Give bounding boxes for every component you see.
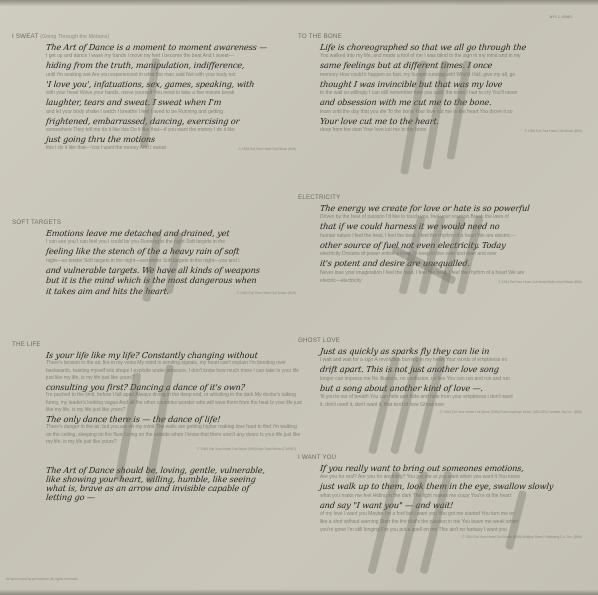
handwritten-line: just walk up to them, look them in the e… [319, 481, 588, 491]
copyright: © 1984 Eat Your Heart Out Music (BMI)/Ga… [320, 410, 588, 414]
song-to-the-bone: TO THE BONE Life is choreographed so tha… [298, 33, 588, 135]
printed-line: this I do it like that—'cos I want the m… [46, 144, 166, 153]
handwritten-line: hiding from the truth, manipulation, ind… [45, 60, 302, 70]
handwritten-line: that if we could harness it we would nee… [319, 221, 588, 231]
song-title: THE LIFE [12, 341, 302, 348]
printed-stanza: There's tension in the air, fire in my v… [46, 360, 302, 382]
handwritten-line: Is your life like my life? Constantly ch… [45, 350, 302, 360]
handwritten-line: The Art of Dance is a moment to moment a… [45, 42, 302, 52]
printed-line: you're gone I'm still longing For you pu… [320, 526, 588, 534]
song-electricity: ELECTRICITY The energy we create for lov… [298, 194, 588, 286]
printed-line: somewhere They tell me do it like this D… [46, 126, 302, 134]
handwritten-line: The only dance there is — the dance of l… [45, 414, 302, 424]
song-title: I WANT YOU [298, 454, 588, 461]
handwritten-line: same feelings but at different times. I … [319, 60, 588, 70]
handwritten-line: Just as quickly as sparks fly they can l… [319, 346, 588, 356]
handwritten-line: other source of fuel not even electricit… [319, 240, 588, 250]
copyright: © 1984 Eat Your Heart Out Music (BMI)/Ja… [46, 447, 302, 451]
handwritten-line: consulting you first? Dancing a dance of… [45, 382, 302, 392]
printed-line: learn until the day that you die To the … [320, 108, 588, 116]
handwritten-line: and say "I want you" — and wait! [319, 500, 588, 510]
printed-line: 'til you're out of breath You can hide a… [320, 393, 588, 401]
handwritten-line: Your love cut me to the heart. [319, 116, 588, 126]
lyric-sheet: AFL1-4980 I SWEAT (Going Through the Mot… [0, 0, 598, 595]
copyright: © 1984 Eat Your Heart Out Music/Multi-Le… [498, 278, 588, 286]
song-title: GHOST LOVE [298, 337, 588, 344]
song-soft-targets: SOFT TARGETS Emotions leave me detached … [12, 219, 302, 296]
handwritten-line: but a song about another kind of love —. [319, 383, 588, 393]
closing-note: The Art of Dance should be, loving, gent… [46, 465, 302, 501]
printed-line: until I'm soaking wet Are you experience… [46, 71, 302, 79]
song-i-want-you: I WANT YOU If you really want to bring o… [298, 454, 588, 539]
printed-line: longer can impress me No illusions, no c… [320, 375, 588, 383]
handwritten-line: Emotions leave me detached and drained, … [45, 228, 302, 238]
handwritten-line: frightened, embarrassed, dancing, exerci… [45, 116, 302, 126]
printed-line: deep from the start Your love cut me to … [320, 126, 426, 135]
printed-line: and let your body shake I watch I breath… [46, 108, 302, 116]
copyright: © 1984 Eat Your Heart Out Music (BMI) [237, 291, 302, 295]
song-i-sweat: I SWEAT (Going Through the Motions) The … [12, 33, 302, 153]
song-subtitle: (Going Through the Motions) [40, 34, 109, 40]
handwritten-line: just going thru the motions [45, 134, 302, 144]
handwritten-line: thought I was invincible but that was my… [319, 79, 588, 89]
handwritten-line: it's potent and desire are unequalled. [319, 258, 588, 268]
song-the-life: THE LIFE Is your life like my life? Cons… [12, 341, 302, 501]
printed-line: it, don't need it, don't want it, that k… [320, 401, 588, 409]
printed-line: like a shot without warning Start the fi… [320, 518, 588, 526]
handwritten-line: If you really want to bring out someones… [319, 463, 588, 473]
catalog-number: AFL1-4980 [550, 14, 573, 19]
song-title: SOFT TARGETS [12, 219, 302, 226]
printed-line: night—so tender Soft targets in the nigh… [46, 257, 302, 265]
printed-stanza: I'm pushed to the limit, before I fall a… [46, 392, 302, 414]
copyright: © 1984 Eat Your Heart Out Music (BMI) [524, 127, 588, 135]
printed-line: human nature I feel the heat, I feel the… [320, 232, 588, 240]
printed-line: Never lose your imagination I feel the h… [320, 269, 588, 277]
printed-line: memory How could it happen so fast, my h… [320, 71, 588, 79]
song-ghost-love: GHOST LOVE Just as quickly as sparks fly… [298, 337, 588, 414]
printed-line: electric—electricity [320, 277, 361, 286]
handwritten-line: The energy we create for love or hate is… [319, 203, 588, 213]
handwritten-line: letting go — [46, 493, 303, 502]
handwritten-line: laughter, tears and sweat. I sweat when … [45, 97, 302, 107]
song-title: I SWEAT [12, 33, 38, 40]
song-title: TO THE BONE [298, 33, 588, 40]
handwritten-line: drift apart. This is not just another lo… [319, 364, 588, 374]
printed-line: of my love I want you Maybe I'm a fool b… [320, 510, 588, 518]
copyright: © 1984 Eat Your Heart Out Music (BMI) [238, 145, 302, 153]
copyright: © 1984 Eat Your Heart Out Music (BMI)/Mu… [320, 535, 588, 539]
footer-rights-notice: All lyrics used by permission. All right… [6, 577, 78, 581]
handwritten-line: but it is the mind which is the most dan… [45, 275, 302, 285]
handwritten-line: it takes aim and hits the heart. [45, 286, 169, 296]
handwritten-line: 'I love you', infatuations, sex, games, … [45, 79, 302, 89]
handwritten-line: and vulnerable targets. We have all kind… [45, 265, 302, 275]
handwritten-line: feeling like the stench of the a heavy r… [45, 246, 302, 256]
printed-stanza: There's danger in the air, but you are o… [46, 424, 302, 446]
handwritten-line: Life is choreographed so that we all go … [319, 42, 588, 52]
song-title: ELECTRICITY [298, 194, 588, 201]
printed-line: what you make me feel Hiding in the dark… [320, 492, 588, 500]
handwritten-line: and obsession with me cut me to the bone… [319, 97, 588, 107]
